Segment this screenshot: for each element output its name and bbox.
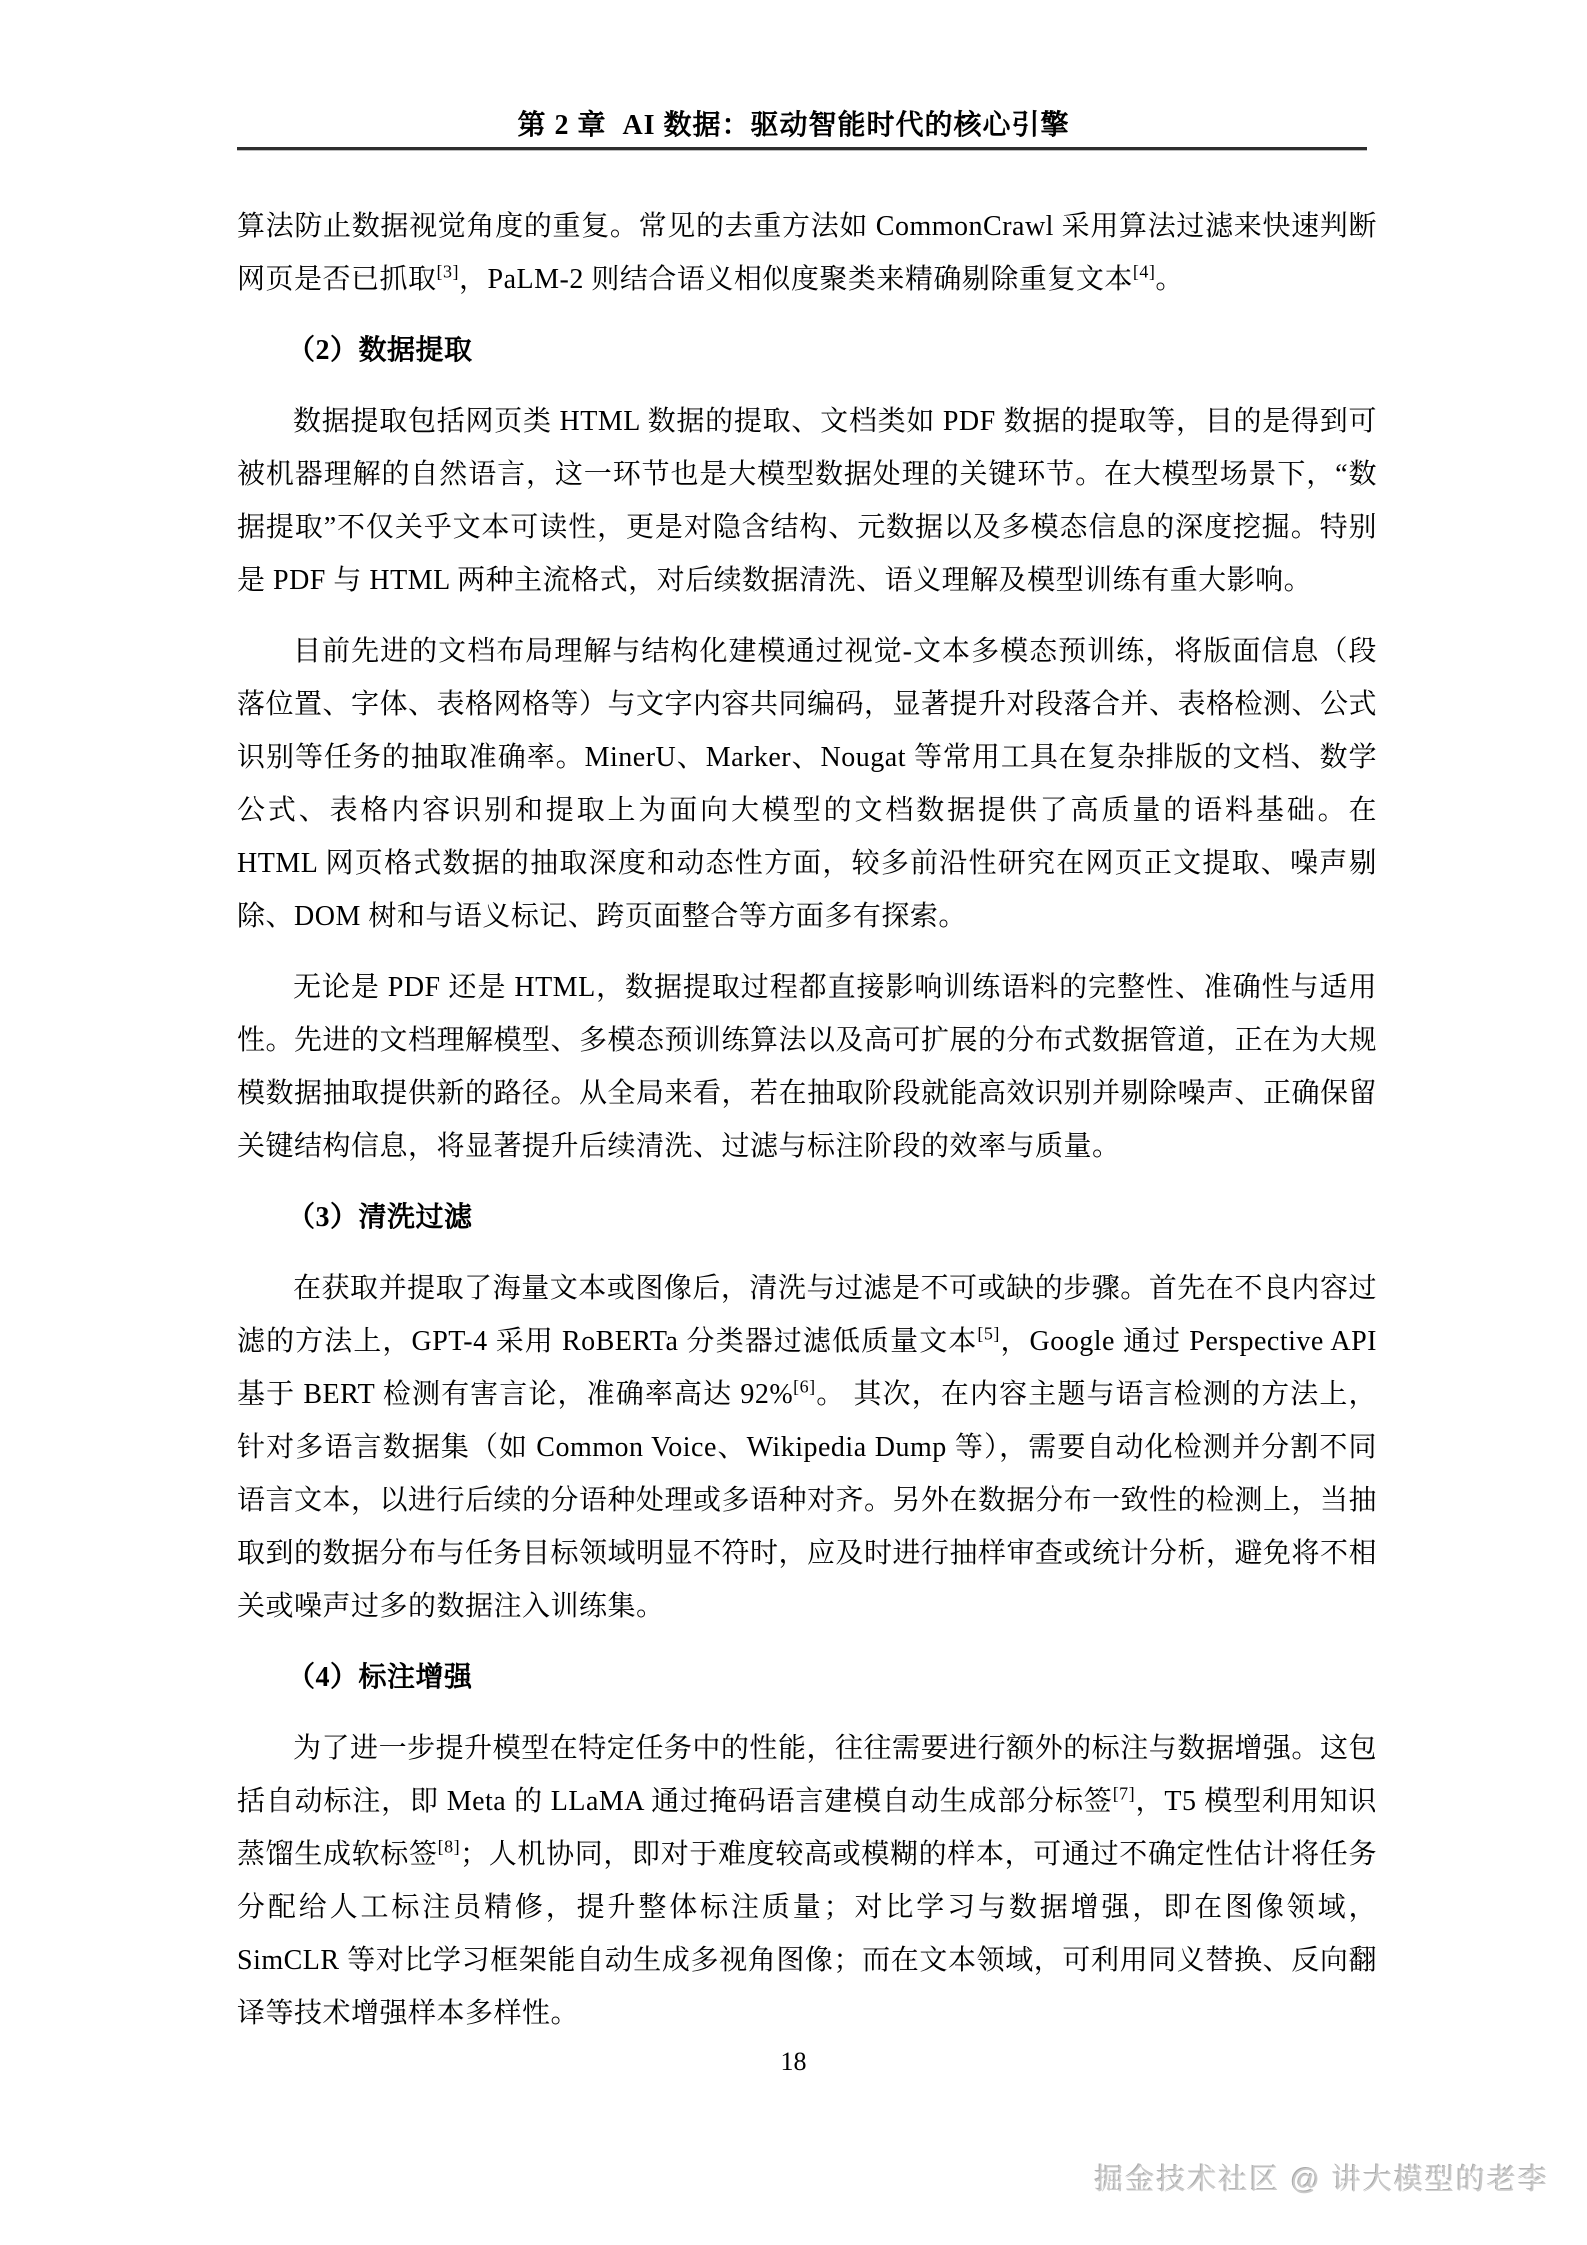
text-run: 目前先进的文档布局理解与结构化建模通过视觉-文本多模态预训练，将版面信息（段落位… — [237, 636, 1377, 932]
page-number: 18 — [0, 2046, 1587, 2078]
document-body: 算法防止数据视觉角度的重复。常见的去重方法如 CommonCrawl 采用算法过… — [237, 200, 1377, 2040]
citation-ref: [5] — [977, 1324, 1000, 1344]
citation-ref: [4] — [1133, 262, 1156, 282]
citation-ref: [3] — [437, 262, 460, 282]
watermark: 掘金技术社区 @ 讲大模型的老李 — [1094, 2162, 1549, 2198]
text-run: ，PaLM-2 则结合语义相似度聚类来精确剔除重复文本 — [459, 264, 1133, 295]
section-heading: （2）数据提取 — [237, 324, 1377, 377]
header-rule — [237, 147, 1367, 151]
page-header: 第 2 章 AI 数据：驱动智能时代的核心引擎 — [0, 0, 1587, 151]
text-run: （2）数据提取 — [287, 335, 473, 366]
text-run: （3）清洗过滤 — [287, 1202, 473, 1233]
citation-ref: [6] — [793, 1377, 816, 1397]
chapter-title: 第 2 章 AI 数据：驱动智能时代的核心引擎 — [0, 109, 1587, 143]
text-run: 。 — [1155, 264, 1184, 295]
paragraph: 为了进一步提升模型在特定任务中的性能，往往需要进行额外的标注与数据增强。这包括自… — [237, 1722, 1377, 2040]
text-run: 数据提取包括网页类 HTML 数据的提取、文档类如 PDF 数据的提取等，目的是… — [237, 406, 1377, 596]
text-run: （4）标注增强 — [287, 1662, 473, 1693]
section-heading: （3）清洗过滤 — [237, 1191, 1377, 1244]
text-run: 。 其次，在内容主题与语言检测的方法上，针对多语言数据集（如 Common Vo… — [237, 1379, 1377, 1622]
paragraph: 无论是 PDF 还是 HTML，数据提取过程都直接影响训练语料的完整性、准确性与… — [237, 961, 1377, 1173]
paragraph: 目前先进的文档布局理解与结构化建模通过视觉-文本多模态预训练，将版面信息（段落位… — [237, 625, 1377, 943]
text-run: 无论是 PDF 还是 HTML，数据提取过程都直接影响训练语料的完整性、准确性与… — [237, 972, 1377, 1162]
citation-ref: [8] — [438, 1837, 461, 1857]
paragraph: 数据提取包括网页类 HTML 数据的提取、文档类如 PDF 数据的提取等，目的是… — [237, 395, 1377, 607]
section-heading: （4）标注增强 — [237, 1651, 1377, 1704]
citation-ref: [7] — [1113, 1784, 1136, 1804]
document-page: 第 2 章 AI 数据：驱动智能时代的核心引擎 算法防止数据视觉角度的重复。常见… — [0, 0, 1587, 2245]
paragraph: 算法防止数据视觉角度的重复。常见的去重方法如 CommonCrawl 采用算法过… — [237, 200, 1377, 306]
paragraph: 在获取并提取了海量文本或图像后，清洗与过滤是不可或缺的步骤。首先在不良内容过滤的… — [237, 1262, 1377, 1633]
